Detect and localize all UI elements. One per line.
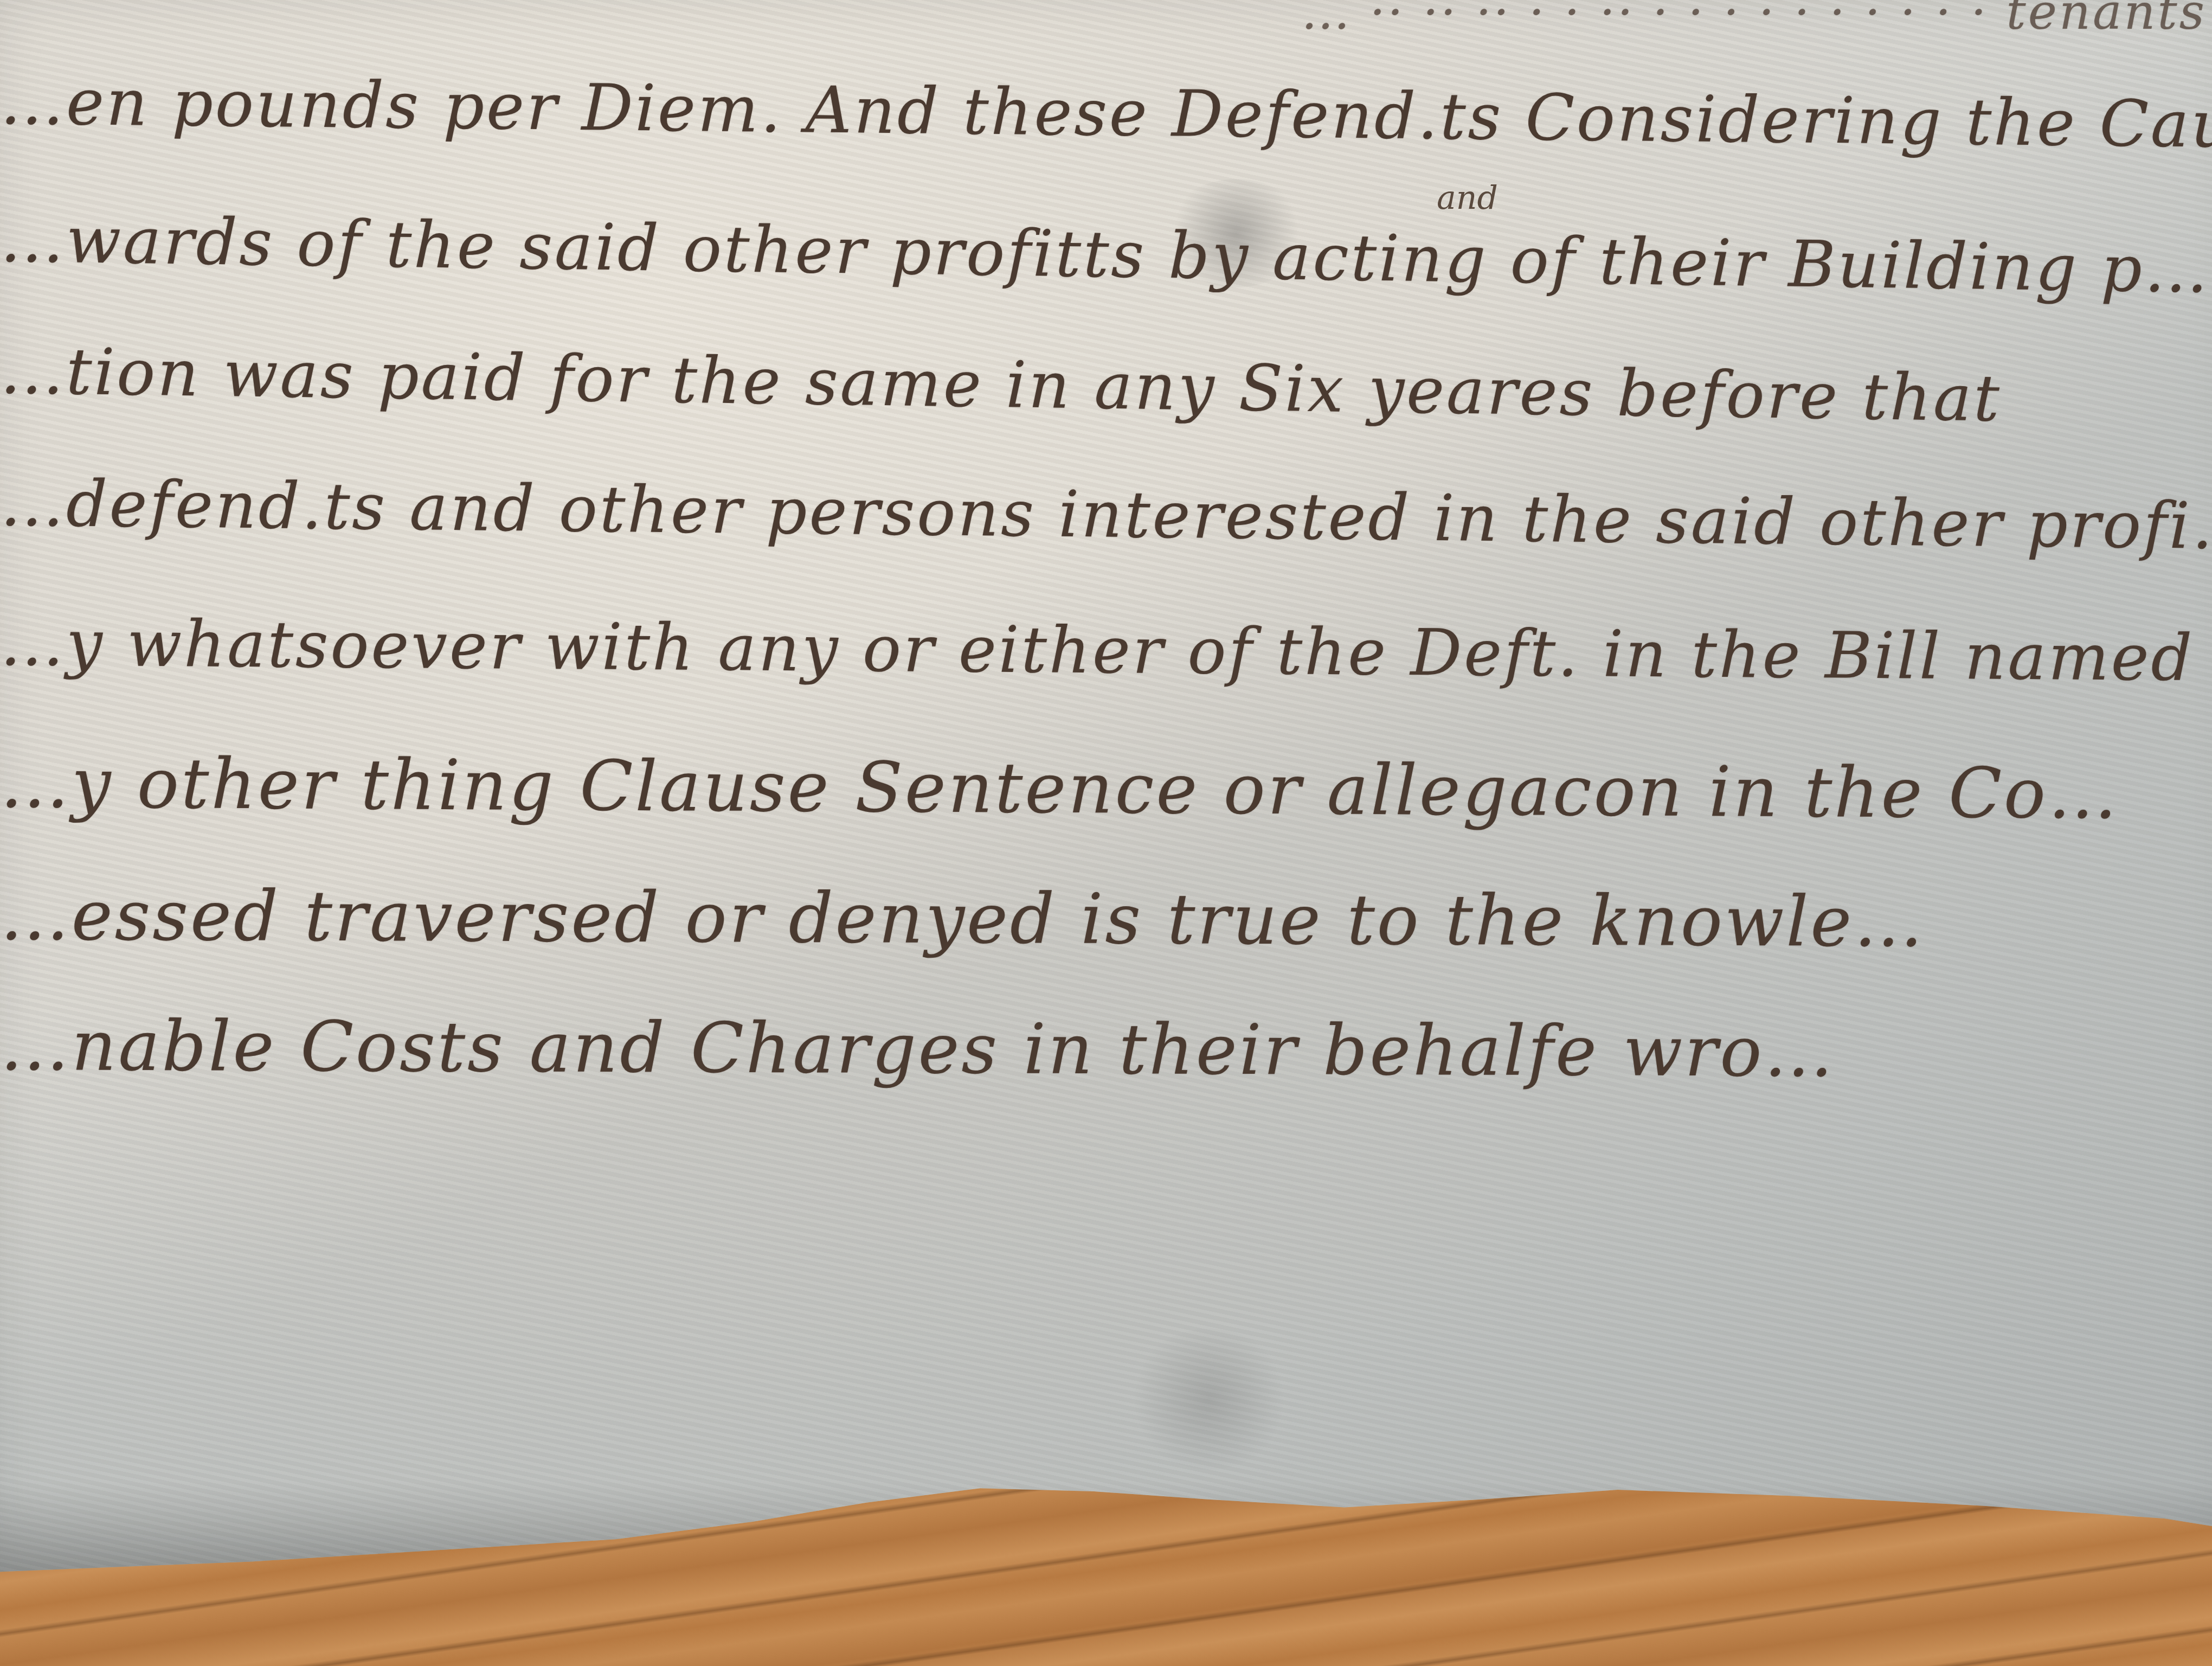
photo-scene: … ·· ·· ·· · · ·· · · · · · · · · · · te… [0, 0, 2212, 1666]
interlinear-insertion: and [1437, 179, 1498, 217]
manuscript-line-0: … ·· ·· ·· · · ·· · · · · · · · · · · te… [1301, 0, 2212, 41]
manuscript-line-7: …essed traversed or denyed is true to th… [0, 875, 1925, 963]
manuscript-line-5: …y whatsoever with any or either of the … [0, 605, 2195, 695]
manuscript-line-6: …y other thing Clause Sentence or allega… [0, 743, 2120, 835]
manuscript-line-8: …nable Costs and Charges in their behalf… [0, 1005, 1836, 1093]
